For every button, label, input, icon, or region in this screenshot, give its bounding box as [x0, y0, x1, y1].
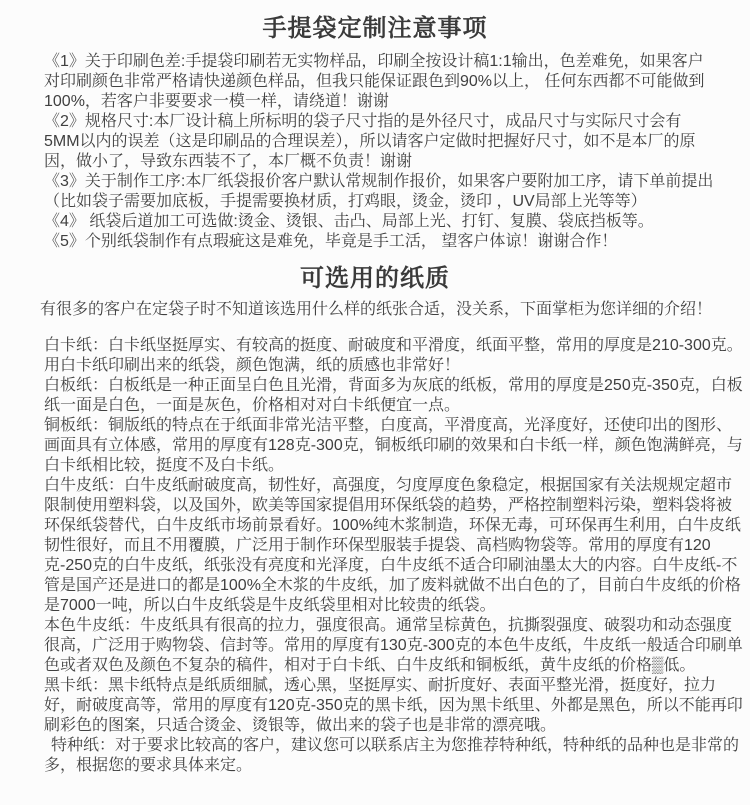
paper-type-desc: 白牛皮纸耐破度高，韧性好，高强度，匀度厚度色象稳定，根据国家有关法规规定超市限制…	[44, 477, 741, 614]
paper-type-desc: 牛皮纸具有很高的拉力，强度很高。通常呈棕黄色，抗撕裂强度、破裂功和动态强度很高，…	[44, 617, 743, 674]
paper-type-coated: 铜板纸：铜版纸的特点在于纸面非常光洁平整，白度高，平滑度高，光泽度好，还使印出的…	[44, 416, 746, 476]
paper-type-black-card: 黑卡纸：黑卡纸特点是纸质细腻，透心黑，坚挺厚实、耐折度好、表面平整光滑，挺度好，…	[44, 676, 746, 736]
paper-type-list: 白卡纸：白卡纸坚挺厚实、有较高的挺度、耐破度和平滑度，纸面平整，常用的厚度是21…	[0, 336, 750, 776]
paper-intro: 有很多的客户在定袋子时不知道该选用什么样的纸张合适，没关系，下面掌柜为您详细的介…	[0, 300, 750, 320]
notice-item-3: 《3》关于制作工序:本厂纸袋报价客户默认常规制作报价，如果客户要附加工序，请下单…	[44, 172, 716, 212]
paper-type-specialty: 特种纸：对于要求比较高的客户，建议您可以联系店主为您推荐特种纸，特种纸的品种也是…	[44, 736, 746, 776]
notice-list: 《1》关于印刷色差:手提袋印刷若无实物样品，印刷全按设计稿1:1输出，色差难免，…	[0, 52, 750, 252]
paper-type-desc: 黑卡纸特点是纸质细腻，透心黑，坚挺厚实、耐折度好、表面平整光滑，挺度好，拉力好，…	[44, 677, 743, 734]
paper-type-white-kraft: 白牛皮纸：白牛皮纸耐破度高，韧性好，高强度，匀度厚度色象稳定，根据国家有关法规规…	[44, 476, 746, 616]
paper-type-desc: 白卡纸坚挺厚实、有较高的挺度、耐破度和平滑度，纸面平整，常用的厚度是210-30…	[44, 337, 743, 374]
notice-item-2: 《2》规格尺寸:本厂设计稿上所标明的袋子尺寸指的是外径尺寸，成品尺寸与实际尺寸会…	[44, 112, 716, 172]
document: 手提袋定制注意事项 《1》关于印刷色差:手提袋印刷若无实物样品，印刷全按设计稿1…	[0, 0, 750, 776]
paper-type-desc: 铜版纸的特点在于纸面非常光洁平整，白度高，平滑度高，光泽度好，还使印出的图形、画…	[44, 417, 743, 474]
paper-type-desc: 白板纸是一种正面呈白色且光滑，背面多为灰底的纸板，常用的厚度是250克-350克…	[44, 377, 743, 414]
paper-type-label: 白板纸：	[44, 377, 108, 394]
notice-title: 手提袋定制注意事项	[0, 14, 750, 44]
paper-type-label: 白牛皮纸：	[44, 477, 124, 494]
paper-type-white-card: 白卡纸：白卡纸坚挺厚实、有较高的挺度、耐破度和平滑度，纸面平整，常用的厚度是21…	[44, 336, 746, 376]
paper-type-label: 铜板纸：	[44, 417, 108, 434]
notice-item-1: 《1》关于印刷色差:手提袋印刷若无实物样品，印刷全按设计稿1:1输出，色差难免，…	[44, 52, 716, 112]
paper-type-label: 白卡纸：	[44, 337, 108, 354]
paper-type-white-board: 白板纸：白板纸是一种正面呈白色且光滑，背面多为灰底的纸板，常用的厚度是250克-…	[44, 376, 746, 416]
paper-type-label: 黑卡纸：	[44, 677, 108, 694]
paper-type-label: 特种纸：	[51, 737, 115, 754]
paper-type-label: 本色牛皮纸：	[44, 617, 140, 634]
notice-item-5: 《5》个别纸袋制作有点瑕疵这是难免，毕竟是手工活， 望客户体谅！谢谢合作！	[44, 232, 716, 252]
paper-section-title: 可选用的纸质	[0, 264, 750, 294]
notice-item-4: 《4》 纸袋后道加工可选做:烫金、烫银、击凸、局部上光、打钉、复膜、袋底挡板等。	[44, 212, 716, 232]
paper-type-desc: 对于要求比较高的客户，建议您可以联系店主为您推荐特种纸，特种纸的品种也是非常的多…	[44, 737, 739, 774]
paper-type-natural-kraft: 本色牛皮纸：牛皮纸具有很高的拉力，强度很高。通常呈棕黄色，抗撕裂强度、破裂功和动…	[44, 616, 746, 676]
